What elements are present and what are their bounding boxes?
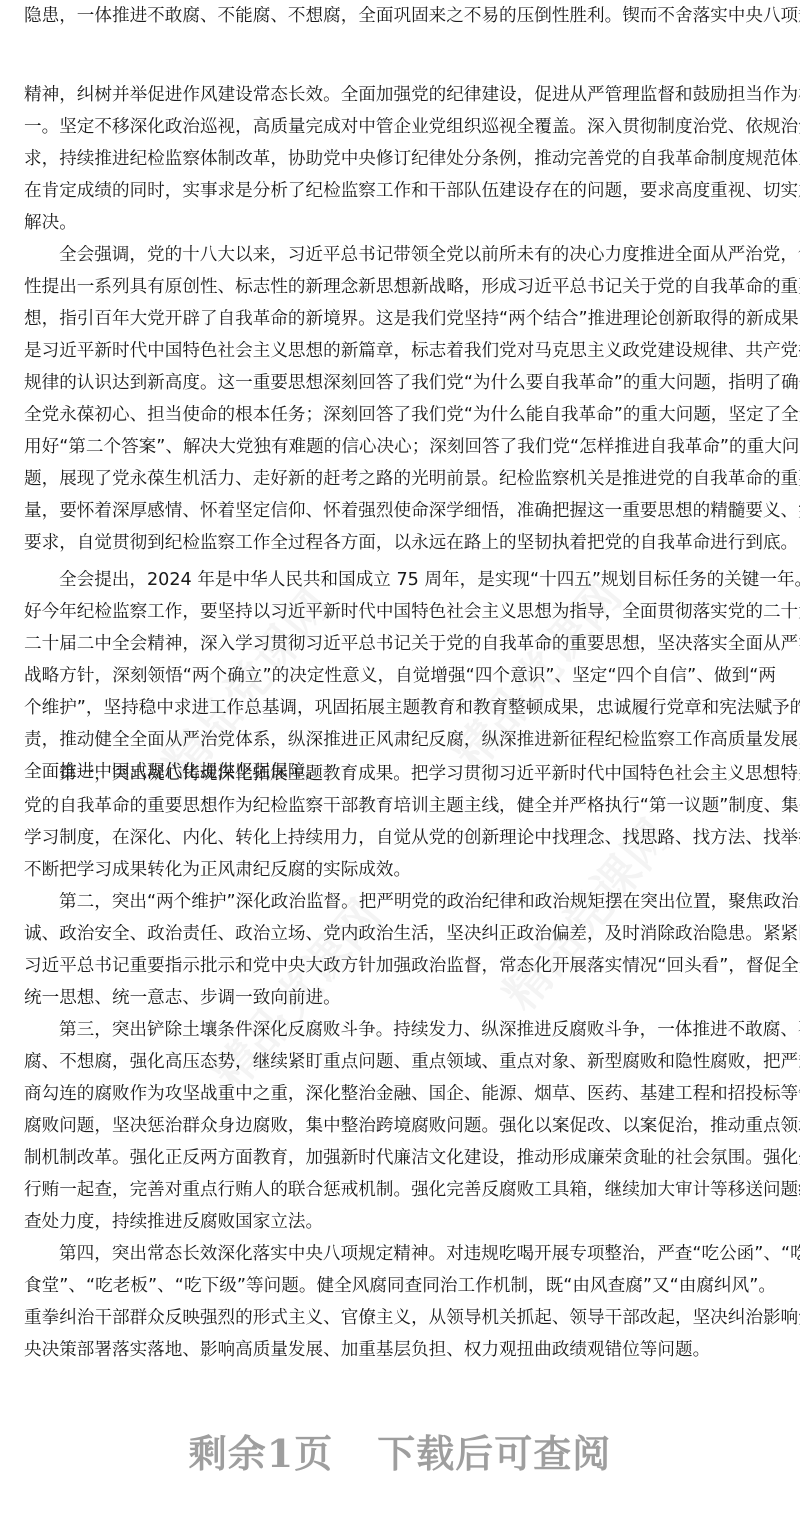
text-line: 商勾连的腐败作为攻坚战重中之重，深化整治金融、国企、能源、烟草、医药、基建工程和…	[24, 1078, 776, 1110]
document-page: 精品党课网 精品党课网 精品党课网 精品党课网 隐患，一体推进不敢腐、不能腐、不…	[0, 0, 800, 1530]
text-line: 求，持续推进纪检监察体制改革，协助党中央修订纪律处分条例，推动完善党的自我革命制…	[24, 143, 776, 175]
text-line: 腐败问题，坚决惩治群众身边腐败，集中整治跨境腐败问题。强化以案促改、以案促治，推…	[24, 1110, 776, 1142]
text-line: 解决。	[24, 207, 776, 239]
text-line: 一。坚定不移深化政治巡视，高质量完成对中管企业党组织巡视全覆盖。深入贯彻制度治党…	[24, 111, 776, 143]
text-line: 个维护”，坚持稳中求进工作总基调，巩固拓展主题教育和教育整顿成果，忠诚履行党章和…	[24, 692, 776, 724]
text-line: 性提出一系列具有原创性、标志性的新理念新思想新战略，形成习近平总书记关于党的自我…	[24, 271, 776, 303]
text-line: 量，要怀着深厚感情、怀着坚定信仰、怀着强烈使命深学细悟，准确把握这一重要思想的精…	[24, 495, 776, 527]
text-line: 题，展现了党永葆生机活力、走好新的赶考之路的光明前景。纪检监察机关是推进党的自我…	[24, 463, 776, 495]
text-line: 战略方针，深刻领悟“两个确立”的决定性意义，自觉增强“四个意识”、坚定“四个自信…	[24, 660, 776, 692]
paragraph-start: 第一，突出凝心铸魂深化拓展主题教育成果。把学习贯彻习近平新时代中国特色社会主义思…	[59, 758, 776, 790]
text-line: 统一思想、统一意志、步调一致向前进。	[24, 982, 776, 1014]
text-line: 全党永葆初心、担当使命的根本任务；深刻回答了我们党“为什么能自我革命”的重大问题…	[24, 399, 776, 431]
text-line: 重拳纠治干部群众反映强烈的形式主义、官僚主义，从领导机关抓起、领导干部改起，坚决…	[24, 1302, 776, 1334]
download-to-view-banner[interactable]: 剩余1页下载后可查阅	[0, 1423, 800, 1483]
remaining-pages-label: 剩余1页	[189, 1423, 333, 1478]
text-line: 食堂”、“吃老板”、“吃下级”等问题。健全风腐同查同治工作机制，既“由风查腐”又…	[24, 1270, 776, 1302]
paragraph-start: 全会提出，2024 年是中华人民共和国成立 75 周年，是实现“十四五”规划目标…	[59, 564, 776, 596]
text-line: 好今年纪检监察工作，要坚持以习近平新时代中国特色社会主义思想为指导，全面贯彻落实…	[24, 596, 776, 628]
text-line: 隐患，一体推进不敢腐、不能腐、不想腐，全面巩固来之不易的压倒性胜利。锲而不舍落实…	[24, 0, 776, 32]
text-line: 二十届二中全会精神，深入学习贯彻习近平总书记关于党的自我革命的重要思想，坚决落实…	[24, 628, 776, 660]
text-line: 规律的认识达到新高度。这一重要思想深刻回答了我们党“为什么要自我革命”的重大问题…	[24, 367, 776, 399]
text-line: 想，指引百年大党开辟了自我革命的新境界。这是我们党坚持“两个结合”推进理论创新取…	[24, 303, 776, 335]
text-line: 精神，纠树并举促进作风建设常态长效。全面加强党的纪律建设，促进从严管理监督和鼓励…	[24, 79, 776, 111]
paragraph-start: 第三，突出铲除土壤条件深化反腐败斗争。持续发力、纵深推进反腐败斗争，一体推进不敢…	[59, 1014, 776, 1046]
text-line: 不断把学习成果转化为正风肃纪反腐的实际成效。	[24, 854, 776, 886]
text-line: 诚、政治安全、政治责任、政治立场、党内政治生活，坚决纠正政治偏差，及时消除政治隐…	[24, 918, 776, 950]
paragraph-start: 第四，突出常态长效深化落实中央八项规定精神。对违规吃喝开展专项整治，严查“吃公函…	[59, 1238, 776, 1270]
text-line: 制机制改革。强化正反两方面教育，加强新时代廉洁文化建设，推动形成廉荣贪耻的社会氛…	[24, 1142, 776, 1174]
text-line: 党的自我革命的重要思想作为纪检监察干部教育培训主题主线，健全并严格执行“第一议题…	[24, 790, 776, 822]
text-line: 是习近平新时代中国特色社会主义思想的新篇章，标志着我们党对马克思主义政党建设规律…	[24, 335, 776, 367]
text-line: 要求，自觉贯彻到纪检监察工作全过程各方面，以永远在路上的坚韧执着把党的自我革命进…	[24, 527, 776, 559]
text-line: 用好“第二个答案”、解决大党独有难题的信心决心；深刻回答了我们党“怎样推进自我革…	[24, 431, 776, 463]
text-line: 腐、不想腐，强化高压态势，继续紧盯重点问题、重点领域、重点对象、新型腐败和隐性腐…	[24, 1046, 776, 1078]
text-line: 查处力度，持续推进反腐败国家立法。	[24, 1206, 776, 1238]
text-line: 学习制度，在深化、内化、转化上持续用力，自觉从党的创新理论中找理念、找思路、找方…	[24, 822, 776, 854]
text-line: 央决策部署落实落地、影响高质量发展、加重基层负担、权力观扭曲政绩观错位等问题。	[24, 1334, 776, 1366]
paragraph-start: 第二，突出“两个维护”深化政治监督。把严明党的政治纪律和政治规矩摆在突出位置，聚…	[59, 886, 776, 918]
paragraph-start: 全会强调，党的十八大以来，习近平总书记带领全党以前所未有的决心力度推进全面从严治…	[59, 239, 776, 271]
text-line: 责，推动健全全面从严治党体系，纵深推进正风肃纪反腐，纵深推进新征程纪检监察工作高…	[24, 724, 776, 756]
text-line: 在肯定成绩的同时，实事求是分析了纪检监察工作和干部队伍建设存在的问题，要求高度重…	[24, 175, 776, 207]
download-hint-label: 下载后可查阅	[377, 1423, 611, 1478]
text-line: 行贿一起查，完善对重点行贿人的联合惩戒机制。强化完善反腐败工具箱，继续加大审计等…	[24, 1174, 776, 1206]
text-line: 习近平总书记重要指示批示和党中央大政方针加强政治监督，常态化开展落实情况“回头看…	[24, 950, 776, 982]
